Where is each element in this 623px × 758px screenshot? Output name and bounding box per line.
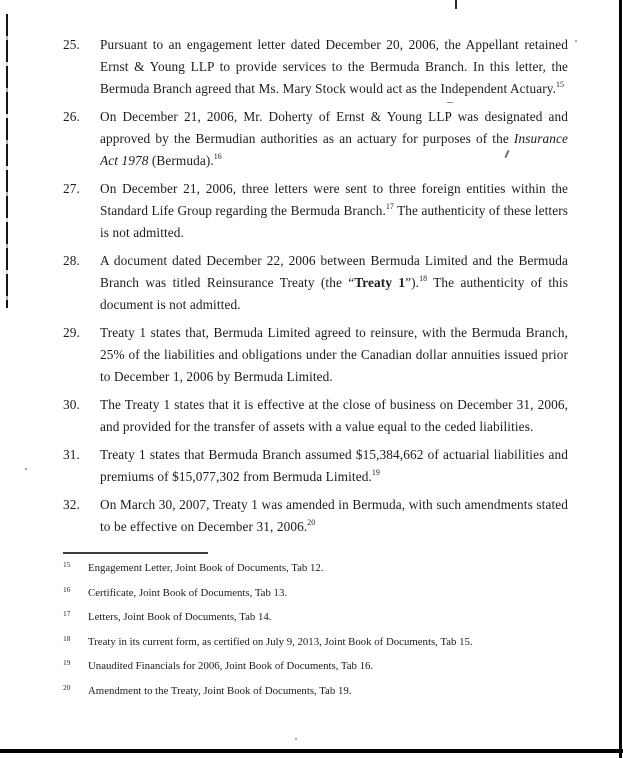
paragraph-number: 28.	[63, 250, 100, 316]
paragraph-number: 31.	[63, 444, 100, 488]
paragraph-26: 26. On December 21, 2006, Mr. Doherty of…	[63, 106, 568, 172]
footnote-16: 16 Certificate, Joint Book of Documents,…	[63, 586, 583, 600]
document-page: 25. Pursuant to an engagement letter dat…	[0, 0, 623, 758]
footnote-ref-15: 15	[556, 80, 564, 89]
paragraph-text: Treaty 1 states that Bermuda Branch assu…	[100, 444, 568, 488]
text-segment-bold: Treaty 1	[354, 275, 405, 290]
footnote-separator	[63, 552, 208, 554]
text-segment: ”).	[405, 275, 419, 290]
footnote-text: Engagement Letter, Joint Book of Documen…	[88, 561, 583, 575]
paragraph-text: On December 21, 2006, Mr. Doherty of Ern…	[100, 106, 568, 172]
footnotes-section: 15 Engagement Letter, Joint Book of Docu…	[63, 552, 583, 708]
footnote-text: Amendment to the Treaty, Joint Book of D…	[88, 684, 583, 698]
text-segment: The Treaty 1 states that it is effective…	[100, 397, 568, 434]
paragraph-number: 29.	[63, 322, 100, 388]
scan-artifact-top-tick	[455, 0, 457, 9]
footnote-text: Letters, Joint Book of Documents, Tab 14…	[88, 610, 583, 624]
footnote-marker: 20	[63, 684, 88, 698]
paragraph-28: 28. A document dated December 22, 2006 b…	[63, 250, 568, 316]
text-segment: (Bermuda).	[148, 153, 213, 168]
footnote-15: 15 Engagement Letter, Joint Book of Docu…	[63, 561, 583, 575]
footnote-20: 20 Amendment to the Treaty, Joint Book o…	[63, 684, 583, 698]
footnote-ref-16: 16	[214, 152, 222, 161]
text-segment: Treaty 1 states that Bermuda Branch assu…	[100, 447, 568, 484]
scan-artifact-right-border	[619, 0, 622, 758]
scan-artifact-bottom-bar	[0, 749, 623, 753]
paragraph-25: 25. Pursuant to an engagement letter dat…	[63, 34, 568, 100]
footnote-text: Certificate, Joint Book of Documents, Ta…	[88, 586, 583, 600]
text-segment: Pursuant to an engagement letter dated D…	[100, 37, 568, 96]
footnote-text: Unaudited Financials for 2006, Joint Boo…	[88, 659, 583, 673]
paragraph-text: On December 21, 2006, three letters were…	[100, 178, 568, 244]
footnote-ref-19: 19	[372, 468, 380, 477]
paragraph-31: 31. Treaty 1 states that Bermuda Branch …	[63, 444, 568, 488]
paragraph-number: 25.	[63, 34, 100, 100]
paragraph-text: A document dated December 22, 2006 betwe…	[100, 250, 568, 316]
footnote-ref-20: 20	[307, 518, 315, 527]
scan-speck	[295, 738, 297, 740]
paragraph-text: On March 30, 2007, Treaty 1 was amended …	[100, 494, 568, 538]
footnote-19: 19 Unaudited Financials for 2006, Joint …	[63, 659, 583, 673]
paragraph-text: The Treaty 1 states that it is effective…	[100, 394, 568, 438]
paragraph-29: 29. Treaty 1 states that, Bermuda Limite…	[63, 322, 568, 388]
footnote-marker: 19	[63, 659, 88, 673]
footnote-ref-18: 18	[419, 274, 427, 283]
footnote-17: 17 Letters, Joint Book of Documents, Tab…	[63, 610, 583, 624]
paragraph-30: 30. The Treaty 1 states that it is effec…	[63, 394, 568, 438]
paragraph-32: 32. On March 30, 2007, Treaty 1 was amen…	[63, 494, 568, 538]
paragraph-text: Pursuant to an engagement letter dated D…	[100, 34, 568, 100]
footnote-18: 18 Treaty in its current form, as certif…	[63, 635, 583, 649]
paragraph-number: 30.	[63, 394, 100, 438]
paragraph-number: 26.	[63, 106, 100, 172]
text-segment: Treaty 1 states that, Bermuda Limited ag…	[100, 325, 568, 384]
paragraph-number: 27.	[63, 178, 100, 244]
paragraph-text: Treaty 1 states that, Bermuda Limited ag…	[100, 322, 568, 388]
footnote-marker: 15	[63, 561, 88, 575]
paragraph-27: 27. On December 21, 2006, three letters …	[63, 178, 568, 244]
text-segment: On December 21, 2006, Mr. Doherty of Ern…	[100, 109, 568, 146]
scan-speck	[575, 40, 577, 42]
scan-speck	[25, 468, 27, 470]
footnote-marker: 18	[63, 635, 88, 649]
scan-artifact-left-line	[6, 14, 8, 308]
paragraph-number: 32.	[63, 494, 100, 538]
footnote-text: Treaty in its current form, as certified…	[88, 635, 583, 649]
footnote-marker: 17	[63, 610, 88, 624]
footnote-ref-17: 17	[386, 202, 394, 211]
text-segment: On March 30, 2007, Treaty 1 was amended …	[100, 497, 568, 534]
footnote-marker: 16	[63, 586, 88, 600]
document-content: 25. Pursuant to an engagement letter dat…	[63, 34, 568, 544]
